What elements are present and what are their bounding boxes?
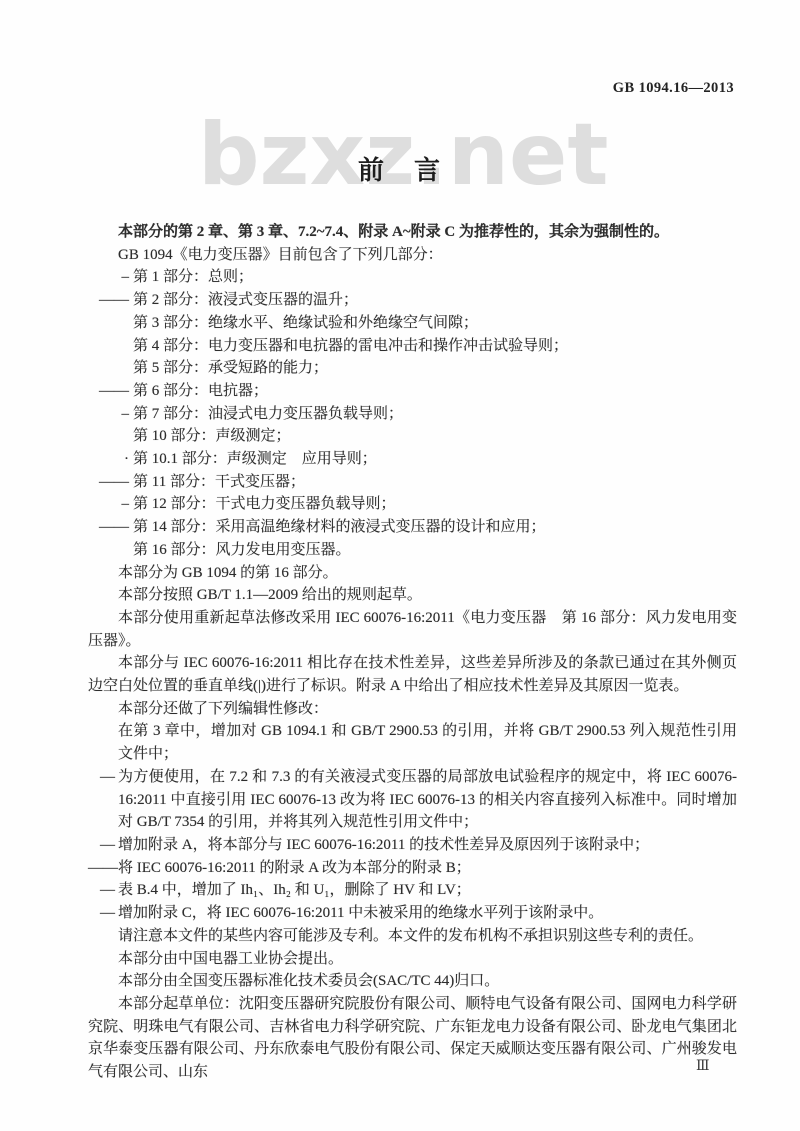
list-item: —表 B.4 中，增加了 Ih₁、Ih₂ 和 U₁，删除了 HV 和 LV； bbox=[88, 879, 737, 902]
paragraph-series-intro: GB 1094《电力变压器》目前包含了下列几部分： bbox=[88, 244, 737, 267]
standard-number: GB 1094.16—2013 bbox=[613, 80, 734, 97]
paragraph-editorial-intro: 本部分还做了下列编辑性修改： bbox=[88, 698, 737, 721]
list-item: ·第 10.1 部分：声级测定 应用导则； bbox=[88, 448, 737, 471]
list-item: ——第 11 部分：干式变压器； bbox=[88, 471, 737, 494]
list-item-text: 增加附录 C，将 IEC 60076-16:2011 中未被采用的绝缘水平列于该… bbox=[118, 902, 737, 925]
list-dash: – bbox=[88, 266, 129, 289]
list-item-text: 表 B.4 中，增加了 Ih₁、Ih₂ 和 U₁，删除了 HV 和 LV； bbox=[118, 879, 737, 902]
list-item-text: 第 10.1 部分：声级测定 应用导则； bbox=[133, 448, 737, 471]
list-dash: — bbox=[88, 766, 115, 789]
list-item-text: 第 4 部分：电力变压器和电抗器的雷电冲击和操作冲击试验导则； bbox=[133, 335, 737, 358]
list-item-text: 第 12 部分：干式电力变压器负载导则； bbox=[133, 493, 737, 516]
list-item-text: 将 IEC 60076-16:2011 的附录 A 改为本部分的附录 B； bbox=[118, 857, 737, 880]
list-item: —为方便使用，在 7.2 和 7.3 的有关液浸式变压器的局部放电试验程序的规定… bbox=[88, 766, 737, 834]
list-item: 第 3 部分：绝缘水平、绝缘试验和外绝缘空气间隙； bbox=[88, 312, 737, 335]
paragraph-proposed-by: 本部分由中国电器工业协会提出。 bbox=[88, 948, 737, 971]
list-item: 第 10 部分：声级测定； bbox=[88, 425, 737, 448]
list-item: ——将 IEC 60076-16:2011 的附录 A 改为本部分的附录 B； bbox=[88, 857, 737, 880]
list-dash: — bbox=[88, 902, 115, 925]
list-item-text: 第 3 部分：绝缘水平、绝缘试验和外绝缘空气间隙； bbox=[133, 312, 737, 335]
list-item: ——第 6 部分：电抗器； bbox=[88, 380, 737, 403]
list-dash: —— bbox=[88, 380, 129, 403]
list-item: 第 4 部分：电力变压器和电抗器的雷电冲击和操作冲击试验导则； bbox=[88, 335, 737, 358]
list-item: ——第 14 部分：采用高温绝缘材料的液浸式变压器的设计和应用； bbox=[88, 516, 737, 539]
paragraph-adoption: 本部分使用重新起草法修改采用 IEC 60076-16:2011《电力变压器 第… bbox=[88, 607, 737, 652]
list-item-text: 第 14 部分：采用高温绝缘材料的液浸式变压器的设计和应用； bbox=[133, 516, 737, 539]
list-item-text: 在第 3 章中，增加对 GB 1094.1 和 GB/T 2900.53 的引用… bbox=[118, 720, 737, 765]
list-item: —增加附录 A，将本部分与 IEC 60076-16:2011 的技术性差异及原… bbox=[88, 834, 737, 857]
paragraph-drafting-rule: 本部分按照 GB/T 1.1—2009 给出的规则起草。 bbox=[88, 584, 737, 607]
list-item-text: 第 2 部分：液浸式变压器的温升； bbox=[133, 289, 737, 312]
foreword-content: 本部分的第 2 章、第 3 章、7.2~7.4、附录 A~附录 C 为推荐性的，… bbox=[88, 221, 737, 1084]
parts-list: –第 1 部分：总则； ——第 2 部分：液浸式变压器的温升； 第 3 部分：绝… bbox=[88, 266, 737, 561]
list-item-text: 第 6 部分：电抗器； bbox=[133, 380, 737, 403]
list-item: 在第 3 章中，增加对 GB 1094.1 和 GB/T 2900.53 的引用… bbox=[88, 720, 737, 765]
list-item-text: 第 16 部分：风力发电用变压器。 bbox=[133, 539, 737, 562]
list-dash: — bbox=[88, 834, 115, 857]
scanned-standard-page: bzxz.net GB 1094.16—2013 前 言 本部分的第 2 章、第… bbox=[0, 0, 800, 1131]
page-title: 前 言 bbox=[0, 150, 800, 187]
list-item-text: 增加附录 A，将本部分与 IEC 60076-16:2011 的技术性差异及原因… bbox=[118, 834, 737, 857]
list-dash: – bbox=[88, 403, 129, 426]
paragraph-part-of: 本部分为 GB 1094 的第 16 部分。 bbox=[88, 562, 737, 585]
list-dash: — bbox=[88, 879, 115, 902]
list-dash: – bbox=[88, 493, 129, 516]
list-item: –第 7 部分：油浸式电力变压器负载导则； bbox=[88, 403, 737, 426]
paragraph-technical-differences: 本部分与 IEC 60076-16:2011 相比存在技术性差异，这些差异所涉及… bbox=[88, 652, 737, 697]
list-item-text: 第 11 部分：干式变压器； bbox=[133, 471, 737, 494]
list-item-text: 第 5 部分：承受短路的能力； bbox=[133, 357, 737, 380]
list-dash: · bbox=[88, 448, 129, 471]
list-dash: —— bbox=[88, 516, 129, 539]
list-item: 第 16 部分：风力发电用变压器。 bbox=[88, 539, 737, 562]
paragraph-patent-notice: 请注意本文件的某些内容可能涉及专利。本文件的发布机构不承担识别这些专利的责任。 bbox=[88, 925, 737, 948]
list-item: –第 12 部分：干式电力变压器负载导则； bbox=[88, 493, 737, 516]
list-item-text: 第 1 部分：总则； bbox=[133, 266, 737, 289]
paragraph-centralized-by: 本部分由全国变压器标准化技术委员会(SAC/TC 44)归口。 bbox=[88, 970, 737, 993]
list-item-text: 第 7 部分：油浸式电力变压器负载导则； bbox=[133, 403, 737, 426]
paragraph-recommendation-note: 本部分的第 2 章、第 3 章、7.2~7.4、附录 A~附录 C 为推荐性的，… bbox=[88, 221, 737, 244]
paragraph-drafting-organizations: 本部分起草单位：沈阳变压器研究院股份有限公司、顺特电气设备有限公司、国网电力科学… bbox=[88, 993, 737, 1084]
list-item-text: 第 10 部分：声级测定； bbox=[133, 425, 737, 448]
list-item: ——第 2 部分：液浸式变压器的温升； bbox=[88, 289, 737, 312]
list-dash: —— bbox=[88, 471, 129, 494]
editorial-changes-list: 在第 3 章中，增加对 GB 1094.1 和 GB/T 2900.53 的引用… bbox=[88, 720, 737, 924]
list-item: —增加附录 C，将 IEC 60076-16:2011 中未被采用的绝缘水平列于… bbox=[88, 902, 737, 925]
list-item-text: 为方便使用，在 7.2 和 7.3 的有关液浸式变压器的局部放电试验程序的规定中… bbox=[118, 766, 737, 834]
list-dash: —— bbox=[88, 857, 115, 880]
list-item: 第 5 部分：承受短路的能力； bbox=[88, 357, 737, 380]
page-number: Ⅲ bbox=[696, 1058, 711, 1075]
list-item: –第 1 部分：总则； bbox=[88, 266, 737, 289]
list-dash: —— bbox=[88, 289, 129, 312]
